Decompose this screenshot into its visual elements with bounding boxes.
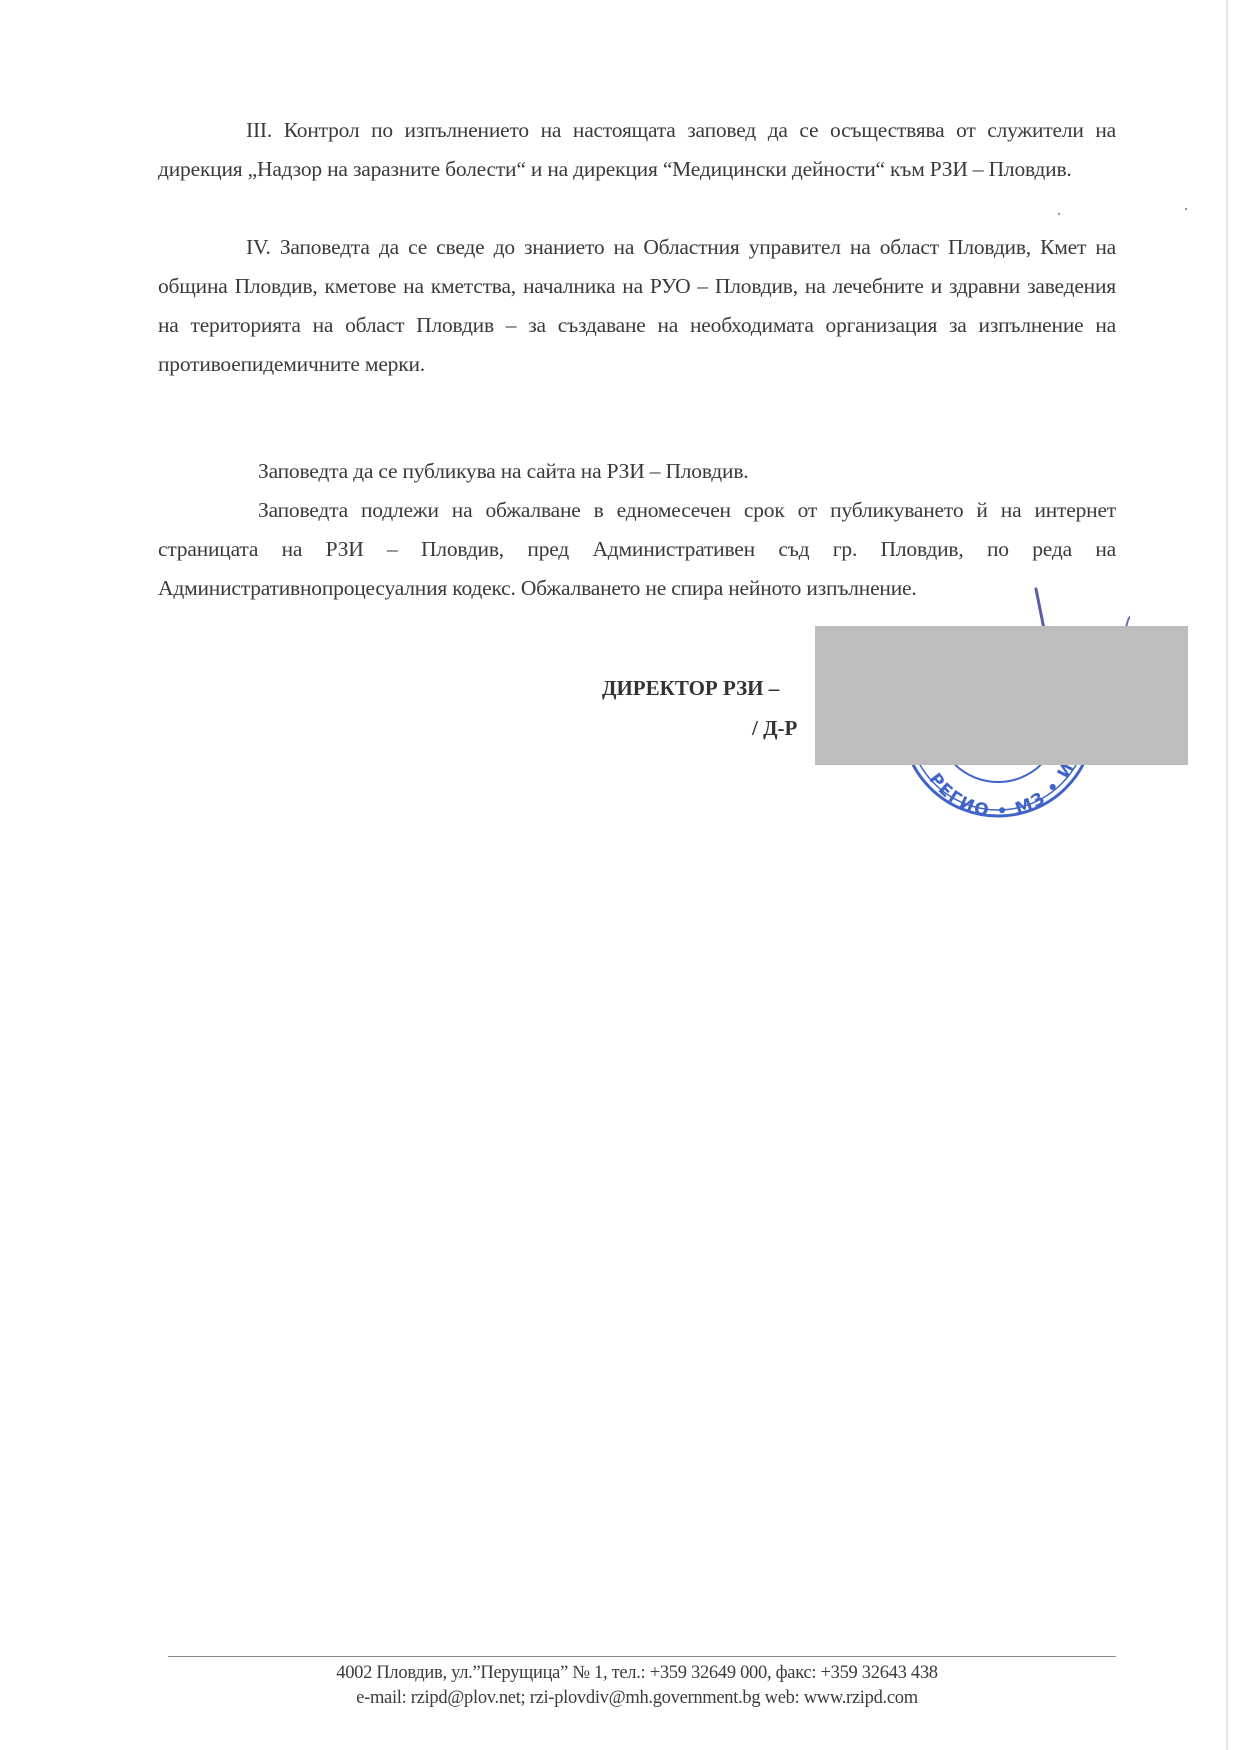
appeal-notice: Заповедта подлежи на обжалване в едномес… (158, 491, 1116, 608)
scan-page-edge (1226, 0, 1228, 1750)
signature-name: / Д-Р (752, 716, 797, 741)
scan-speck (1058, 213, 1060, 215)
footer-address: 4002 Пловдив, ул.”Перущица” № 1, тел.: +… (158, 1663, 1116, 1684)
publication-notice: Заповедта да се публикува на сайта на РЗ… (158, 452, 1116, 491)
closing-notices: Заповедта да се публикува на сайта на РЗ… (158, 452, 1116, 608)
footer-contacts: e-mail: rzipd@plov.net; rzi-plovdiv@mh.g… (158, 1688, 1116, 1709)
section-iv: IV. Заповедта да се сведе до знанието на… (158, 228, 1116, 384)
redaction-block (815, 626, 1188, 765)
scan-speck (1185, 208, 1187, 210)
signature-title: ДИРЕКТОР РЗИ – (602, 676, 779, 701)
footer-divider (168, 1656, 1116, 1657)
section-iii: III. Контрол по изпълнението на настояща… (158, 111, 1116, 189)
section-iv-text: IV. Заповедта да се сведе до знанието на… (158, 228, 1116, 384)
section-iii-text: III. Контрол по изпълнението на настояща… (158, 111, 1116, 189)
